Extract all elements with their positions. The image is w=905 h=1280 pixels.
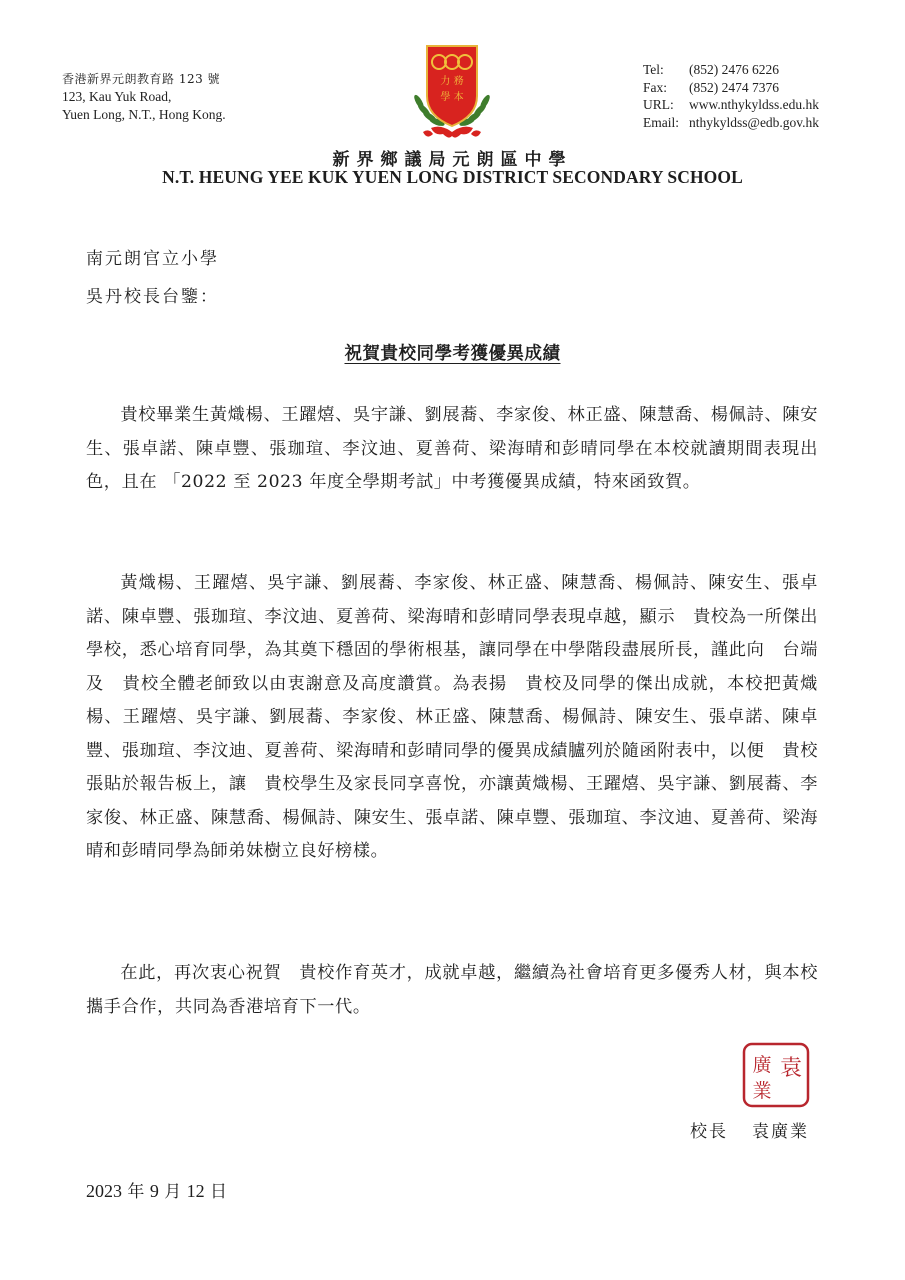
date-month: 9 [150,1181,159,1201]
svg-text:廣: 廣 [752,1054,772,1076]
date-year-unit: 年 [127,1182,144,1202]
address-en-line1: 123, Kau Yuk Road, [62,88,226,106]
contact-value: www.nthykyldss.edu.hk [689,96,819,114]
recipient-school: 南元朗官立小學 [86,244,219,269]
svg-text:學 本: 學 本 [440,90,463,103]
contact-label: Fax: [643,79,689,97]
date-month-unit: 月 [164,1182,181,1202]
svg-text:力 務: 力 務 [440,74,463,87]
contact-email: Email: nthykyldss@edb.gov.hk [643,114,819,132]
svg-text:袁: 袁 [780,1056,802,1081]
school-crest-logo: 力 務 學 本 [405,44,499,144]
address-en-line2: Yuen Long, N.T., Hong Kong. [62,106,226,124]
contact-tel: Tel: (852) 2476 6226 [643,61,819,79]
body-paragraph-2: 黃熾楊、王躍熺、吳宇謙、劉展蕎、李家俊、林正盛、陳慧喬、楊佩詩、陳安生、張卓諾、… [86,567,818,869]
contact-info: Tel: (852) 2476 6226 Fax: (852) 2474 737… [643,61,819,131]
signature-block: 校長袁廣業 [690,1117,809,1142]
date-year: 2023 [86,1181,122,1201]
contact-label: Tel: [643,61,689,79]
letter-date: 2023 年 9 月 12 日 [86,1177,227,1202]
body-paragraph-3: 在此，再次衷心祝賀 貴校作育英才，成就卓越，繼續為社會培育更多優秀人材，與本校攜… [86,957,818,1024]
seal-stamp-icon: 袁 廣 業 [741,1041,811,1109]
svg-text:業: 業 [752,1080,771,1102]
recipient-salutation: 吳丹校長台鑒： [86,282,219,307]
letter-subject: 祝賀貴校同學考獲優異成績 [0,340,905,365]
contact-value: nthykyldss@edb.gov.hk [689,114,819,132]
principal-seal: 袁 廣 業 [741,1041,811,1109]
contact-url: URL: www.nthykyldss.edu.hk [643,96,819,114]
school-name-en: N.T. HEUNG YEE KUK YUEN LONG DISTRICT SE… [0,167,905,188]
body-paragraph-1: 貴校畢業生黃熾楊、王躍熺、吳宇謙、劉展蕎、李家俊、林正盛、陳慧喬、楊佩詩、陳安生… [86,399,818,500]
crest-icon: 力 務 學 本 [405,44,499,144]
date-day: 12 [187,1181,205,1201]
signer-title: 校長 [690,1122,728,1142]
contact-label: URL: [643,96,689,114]
contact-label: Email: [643,114,689,132]
contact-fax: Fax: (852) 2474 7376 [643,79,819,97]
address-zh: 香港新界元朗教育路 123 號 [62,70,226,88]
school-address: 香港新界元朗教育路 123 號 123, Kau Yuk Road, Yuen … [62,70,226,124]
contact-value: (852) 2476 6226 [689,61,779,79]
date-day-unit: 日 [210,1182,227,1202]
signer-name: 袁廣業 [752,1122,809,1142]
contact-value: (852) 2474 7376 [689,79,779,97]
